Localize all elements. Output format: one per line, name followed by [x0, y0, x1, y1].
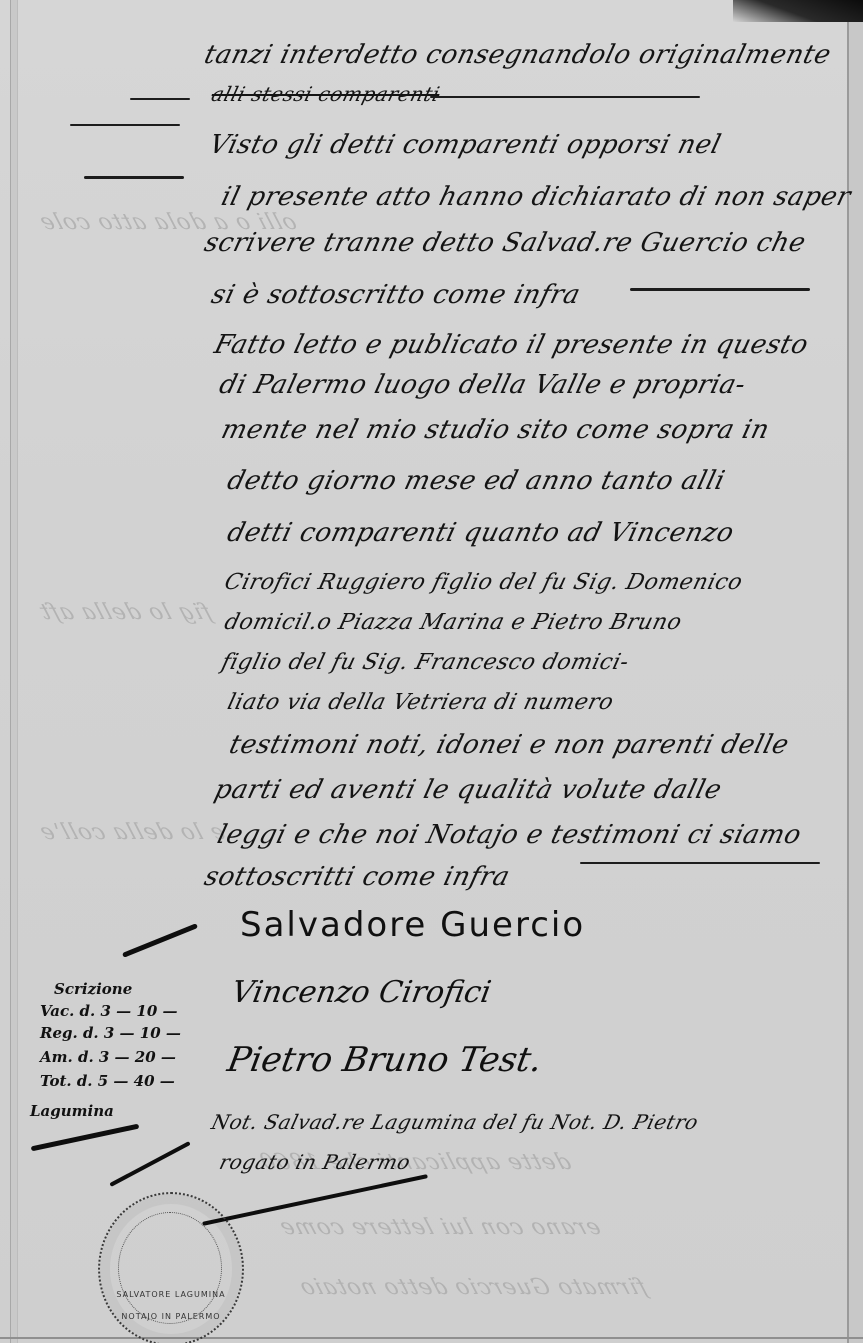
seal-inner-ring: [118, 1212, 222, 1324]
fee-value: 10: [136, 1002, 157, 1020]
deed-line: parti ed aventi le qualità volute dalle: [211, 775, 725, 805]
signature-flourish: [122, 923, 198, 958]
bleed-through-text: fig lo della aft: [36, 600, 215, 625]
margin-dash: [70, 124, 180, 126]
fee-tally-heading: Scrizione: [54, 980, 132, 998]
deed-line: detti comparenti quanto ad Vincenzo: [224, 518, 737, 548]
line-filler-rule: [580, 862, 820, 864]
deed-line: testimoni noti, idonei e non parenti del…: [226, 730, 792, 760]
fee-label: Am. d. 3: [40, 1048, 109, 1066]
signature-pietro-bruno: Pietro Bruno Test.: [224, 1040, 545, 1080]
deed-line: detto giorno mese ed anno tanto alli: [224, 466, 728, 496]
line-filler-rule: [630, 288, 810, 291]
fee-row-total: Tot. d. 5 — 40 —: [40, 1072, 175, 1090]
document-page: olli o a dola atto cole fig lo della aft…: [0, 0, 863, 1343]
fee-value: 40: [134, 1072, 155, 1090]
scan-corner-shadow: [733, 0, 863, 22]
page-right-strip: [849, 0, 863, 1343]
deed-line: di Palermo luogo della Valle e propria-: [216, 370, 749, 400]
deed-line: sottoscritti come infra: [201, 862, 513, 892]
notary-attestation-line: rogato in Palermo: [217, 1150, 413, 1174]
deed-line: Cirofici Ruggiero figlio del fu Sig. Dom…: [222, 570, 745, 595]
bleed-through-text: e lo della coll'e: [36, 820, 228, 845]
deed-line-struck: alli stessi comparenti: [209, 82, 443, 106]
line-filler-rule: [430, 96, 700, 98]
notary-seal-stamp: SALVATORE LAGUMINA NOTAJO IN PALERMO: [98, 1192, 244, 1343]
deed-line: domicil.o Piazza Marina e Pietro Bruno: [222, 610, 685, 635]
signature-salvadore-guercio: Salvadore Guercio: [240, 905, 585, 945]
fee-label: Vac. d. 3: [40, 1002, 111, 1020]
margin-rule: [84, 176, 184, 179]
seal-outer-text: NOTAJO IN PALERMO: [100, 1312, 242, 1321]
bleed-through-text: erano con lui lettere come: [276, 1215, 604, 1240]
deed-line: Fatto letto e publicato il presente in q…: [211, 330, 811, 360]
deed-line: mente nel mio studio sito come sopra in: [218, 415, 772, 445]
page-left-fold: [10, 0, 18, 1343]
fee-label: Reg. d. 3: [40, 1024, 114, 1042]
fee-tally-footer: Lagumina: [30, 1102, 114, 1120]
deed-line: scrivere tranne detto Salvad.re Guercio …: [201, 228, 809, 258]
margin-dash: [130, 98, 190, 100]
notary-flourish: [31, 1124, 140, 1152]
deed-line: Visto gli detti comparenti opporsi nel: [206, 130, 724, 160]
deed-line: tanzi interdetto consegnandolo originalm…: [201, 40, 834, 70]
fee-row: Vac. d. 3 — 10 —: [40, 1002, 178, 1020]
seal-inner-text: SALVATORE LAGUMINA: [100, 1290, 242, 1299]
signature-vincenzo-cirofici: Vincenzo Cirofici: [229, 975, 494, 1010]
notary-pen-stroke: [109, 1141, 190, 1187]
fee-value: 20: [135, 1048, 156, 1066]
deed-line: figlio del fu Sig. Francesco domici-: [219, 650, 632, 675]
page-bottom-edge: [0, 1337, 863, 1339]
fee-row: Reg. d. 3 — 10 —: [40, 1024, 181, 1042]
notary-attestation-line: Not. Salvad.re Lagumina del fu Not. D. P…: [209, 1110, 701, 1134]
fee-row: Am. d. 3 — 20 —: [40, 1048, 176, 1066]
bleed-through-text: firmato Guercio detto notaio: [296, 1275, 650, 1300]
deed-line: leggi e che noi Notajo e testimoni ci si…: [214, 820, 804, 850]
deed-line: si è sottoscritto come infra: [208, 280, 583, 310]
fee-label: Tot. d. 5: [40, 1072, 108, 1090]
fee-value: 10: [140, 1024, 161, 1042]
deed-line: il presente atto hanno dichiarato di non…: [218, 182, 854, 212]
deed-line: liato via della Vetriera di numero: [225, 690, 616, 715]
